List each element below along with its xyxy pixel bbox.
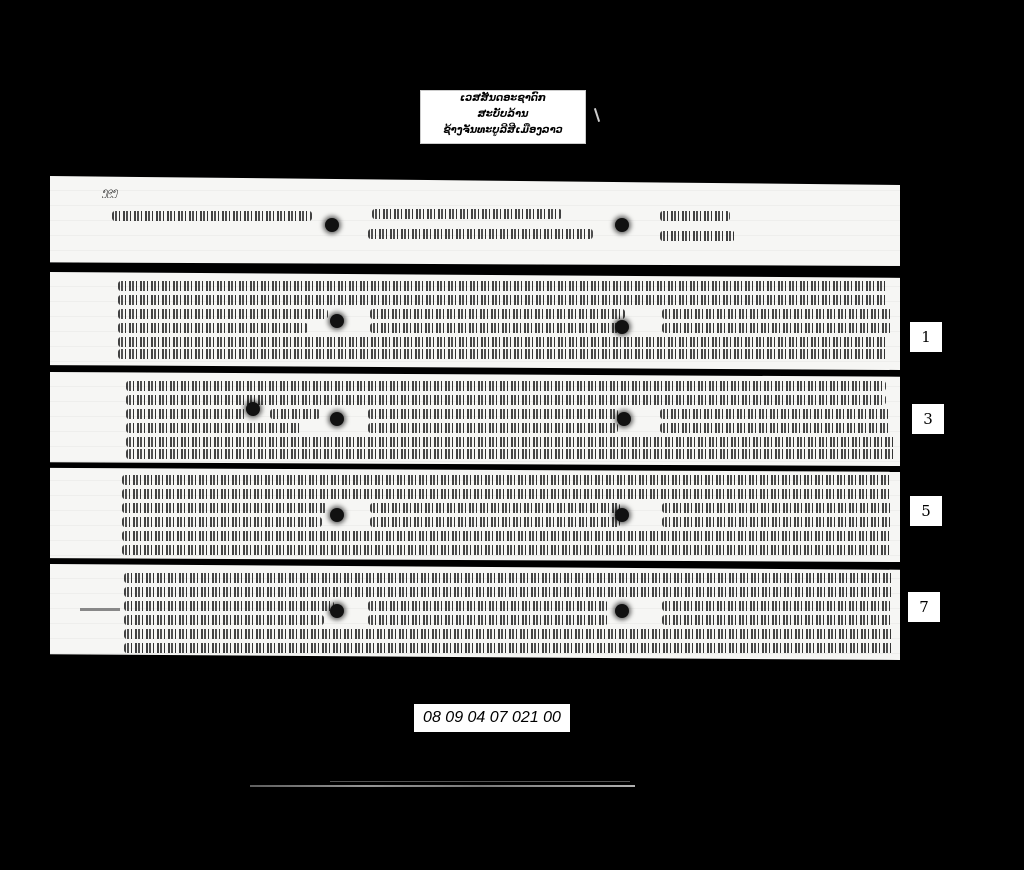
script-line: [124, 614, 324, 626]
palm-leaf-7: [50, 564, 900, 660]
marginal-mark: ၅၉၅: [102, 186, 132, 198]
script-line: [122, 530, 892, 542]
scan-artifact: [250, 785, 635, 787]
script-line: [660, 210, 730, 222]
script-line: [368, 600, 608, 612]
palm-leaf-5: [50, 466, 900, 562]
script-line: [122, 488, 892, 500]
script-line: [118, 280, 888, 292]
binding-hole: [330, 412, 344, 426]
script-line: [126, 422, 301, 434]
script-line: [662, 502, 892, 514]
script-line: [126, 380, 886, 392]
edge-mark: [80, 608, 120, 611]
script-line: [112, 210, 312, 222]
script-line: [662, 322, 892, 334]
script-line: [660, 230, 735, 242]
binding-hole: [615, 218, 629, 232]
binding-hole: [615, 320, 629, 334]
script-line: [126, 408, 246, 420]
script-line: [118, 294, 888, 306]
script-line: [124, 642, 894, 654]
script-line: [126, 448, 896, 460]
script-line: [122, 544, 892, 556]
page-label-5: 5: [910, 496, 942, 526]
script-line: [122, 474, 892, 486]
binding-hole: [246, 402, 260, 416]
script-line: [126, 436, 896, 448]
script-line: [370, 516, 620, 528]
script-line: [368, 422, 618, 434]
binding-hole: [330, 508, 344, 522]
script-line: [368, 228, 593, 240]
script-line: [118, 322, 308, 334]
script-line: [372, 208, 562, 220]
page-label-7: 7: [908, 592, 940, 622]
script-line: [368, 614, 608, 626]
catalog-id-label: 08 09 04 07 021 00: [414, 704, 570, 732]
title-line-1: ເວສສັນດອະຊາດົກ: [421, 91, 585, 107]
script-line: [662, 614, 892, 626]
script-line: [370, 502, 620, 514]
page-label-1: 1: [910, 322, 942, 352]
script-line: [662, 600, 892, 612]
binding-hole: [615, 508, 629, 522]
script-line: [660, 422, 890, 434]
script-line: [662, 308, 892, 320]
script-line: [370, 322, 625, 334]
script-line: [118, 308, 328, 320]
script-line: [118, 348, 888, 360]
palm-leaf-3: [50, 372, 900, 466]
script-line: [662, 516, 892, 528]
script-line: [124, 628, 894, 640]
script-line: [122, 502, 327, 514]
palm-leaf-1: [50, 272, 900, 370]
binding-hole: [615, 604, 629, 618]
script-line: [660, 408, 890, 420]
script-line: [126, 394, 886, 406]
scan-mark: [594, 108, 600, 122]
script-line: [370, 308, 625, 320]
binding-hole: [325, 218, 339, 232]
scan-artifact: [330, 781, 630, 782]
palm-leaf-cover: ၅၉၅: [50, 176, 900, 266]
manuscript-title-label: ເວສສັນດອະຊາດົກ ສະບັບລ້ານ ຊ້າງຈັນທະບູລີສີ…: [420, 90, 586, 144]
script-line: [118, 336, 888, 348]
binding-hole: [617, 412, 631, 426]
script-line: [122, 516, 322, 528]
script-line: [124, 572, 894, 584]
binding-hole: [330, 604, 344, 618]
title-line-2: ສະບັບລ້ານ: [421, 107, 585, 123]
script-line: [368, 408, 618, 420]
binding-hole: [330, 314, 344, 328]
script-line: [124, 600, 334, 612]
page-label-3: 3: [912, 404, 944, 434]
script-line: [124, 586, 894, 598]
script-line: [270, 408, 320, 420]
title-line-3: ຊ້າງຈັນທະບູລີສີເມືອງລາວ: [421, 123, 585, 139]
